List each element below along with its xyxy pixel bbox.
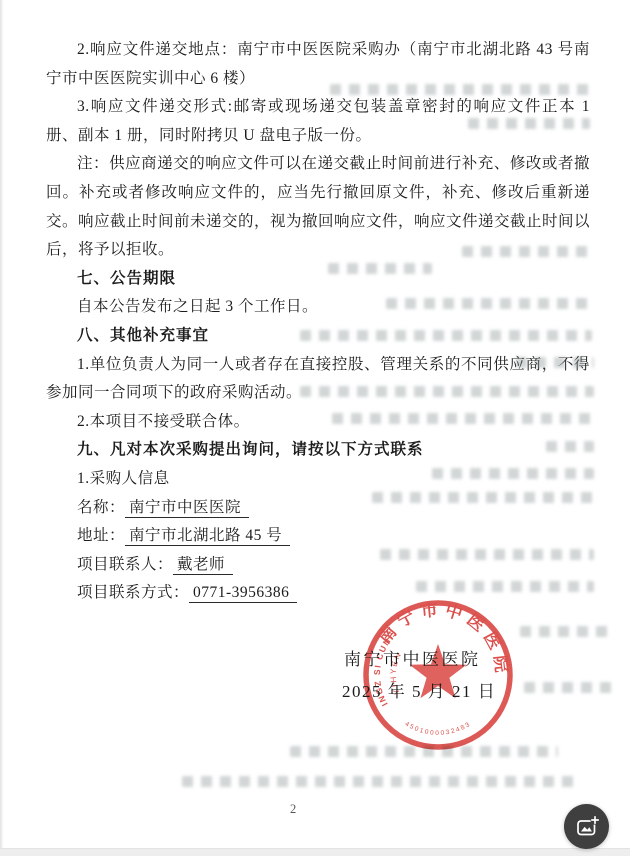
add-image-button[interactable]	[564, 804, 609, 849]
scanned-document-viewer: 2.响应文件递交地点：南宁市中医医院采购办（南宁市北湖北路 43 号南宁市中医医…	[0, 0, 630, 856]
field-purchaser-name: 名称：南宁市中医医院	[46, 494, 590, 523]
svg-text:4501000032483: 4501000032483	[404, 721, 473, 737]
field-label: 项目联系人：	[77, 556, 173, 573]
signature-date: 2025 年 5 月 21 日	[342, 677, 496, 702]
para-other-matter-2: 2.本项目不接受联合体。	[46, 408, 590, 437]
add-image-icon	[574, 814, 600, 840]
para-other-matter-1: 1.单位负责人为同一人或者存在直接控股、管理关系的不同供应商，不得参加同一合同项…	[46, 351, 590, 408]
heading-other-matters: 八、其他补充事宜	[46, 322, 590, 351]
field-value: 0771-3956386	[189, 584, 297, 603]
field-purchaser-address: 地址：南宁市北湖北路 45 号	[46, 522, 590, 551]
bleedthrough-smudge	[524, 682, 618, 693]
heading-announcement-period: 七、公告期限	[46, 265, 590, 294]
para-purchaser-info: 1.采购人信息	[46, 465, 590, 494]
field-label: 名称：	[77, 499, 125, 516]
field-value: 南宁市北湖北路 45 号	[125, 527, 290, 546]
heading-contact-method: 九、凡对本次采购提出询问，请按以下方式联系	[46, 436, 590, 465]
scan-edge-shadow	[0, 0, 4, 848]
official-seal-stamp: 南宁市中医医院 NANNINGZ SI CUNGHYIH YIHYEN 4501…	[355, 592, 521, 758]
document-body: 2.响应文件递交地点：南宁市中医医院采购办（南宁市北湖北路 43 号南宁市中医医…	[46, 36, 590, 608]
para-announcement-period: 自本公告发布之日起 3 个工作日。	[46, 293, 590, 322]
para-delivery-location: 2.响应文件递交地点：南宁市中医医院采购办（南宁市北湖北路 43 号南宁市中医医…	[46, 36, 590, 93]
bleedthrough-smudge	[520, 626, 615, 637]
document-page: 2.响应文件递交地点：南宁市中医医院采购办（南宁市北湖北路 43 号南宁市中医医…	[0, 0, 630, 848]
signature-organization: 南宁市中医医院	[344, 645, 481, 670]
para-delivery-form: 3.响应文件递交形式:邮寄或现场递交包装盖章密封的响应文件正本 1 册、副本 1…	[46, 93, 590, 150]
scanner-background	[0, 848, 630, 856]
field-label: 项目联系方式：	[77, 584, 189, 601]
para-note: 注：供应商递交的响应文件可以在递交截止时间前进行补充、修改或者撤回。补充或者修改…	[46, 150, 590, 264]
field-value: 戴老师	[173, 556, 233, 575]
seal-graphic: 南宁市中医医院 NANNINGZ SI CUNGHYIH YIHYEN 4501…	[355, 592, 521, 758]
page-number: 2	[290, 802, 296, 817]
field-value: 南宁市中医医院	[125, 499, 249, 518]
bleedthrough-smudge	[182, 776, 578, 787]
field-label: 地址：	[77, 527, 125, 544]
field-project-contact: 项目联系人：戴老师	[46, 551, 590, 580]
